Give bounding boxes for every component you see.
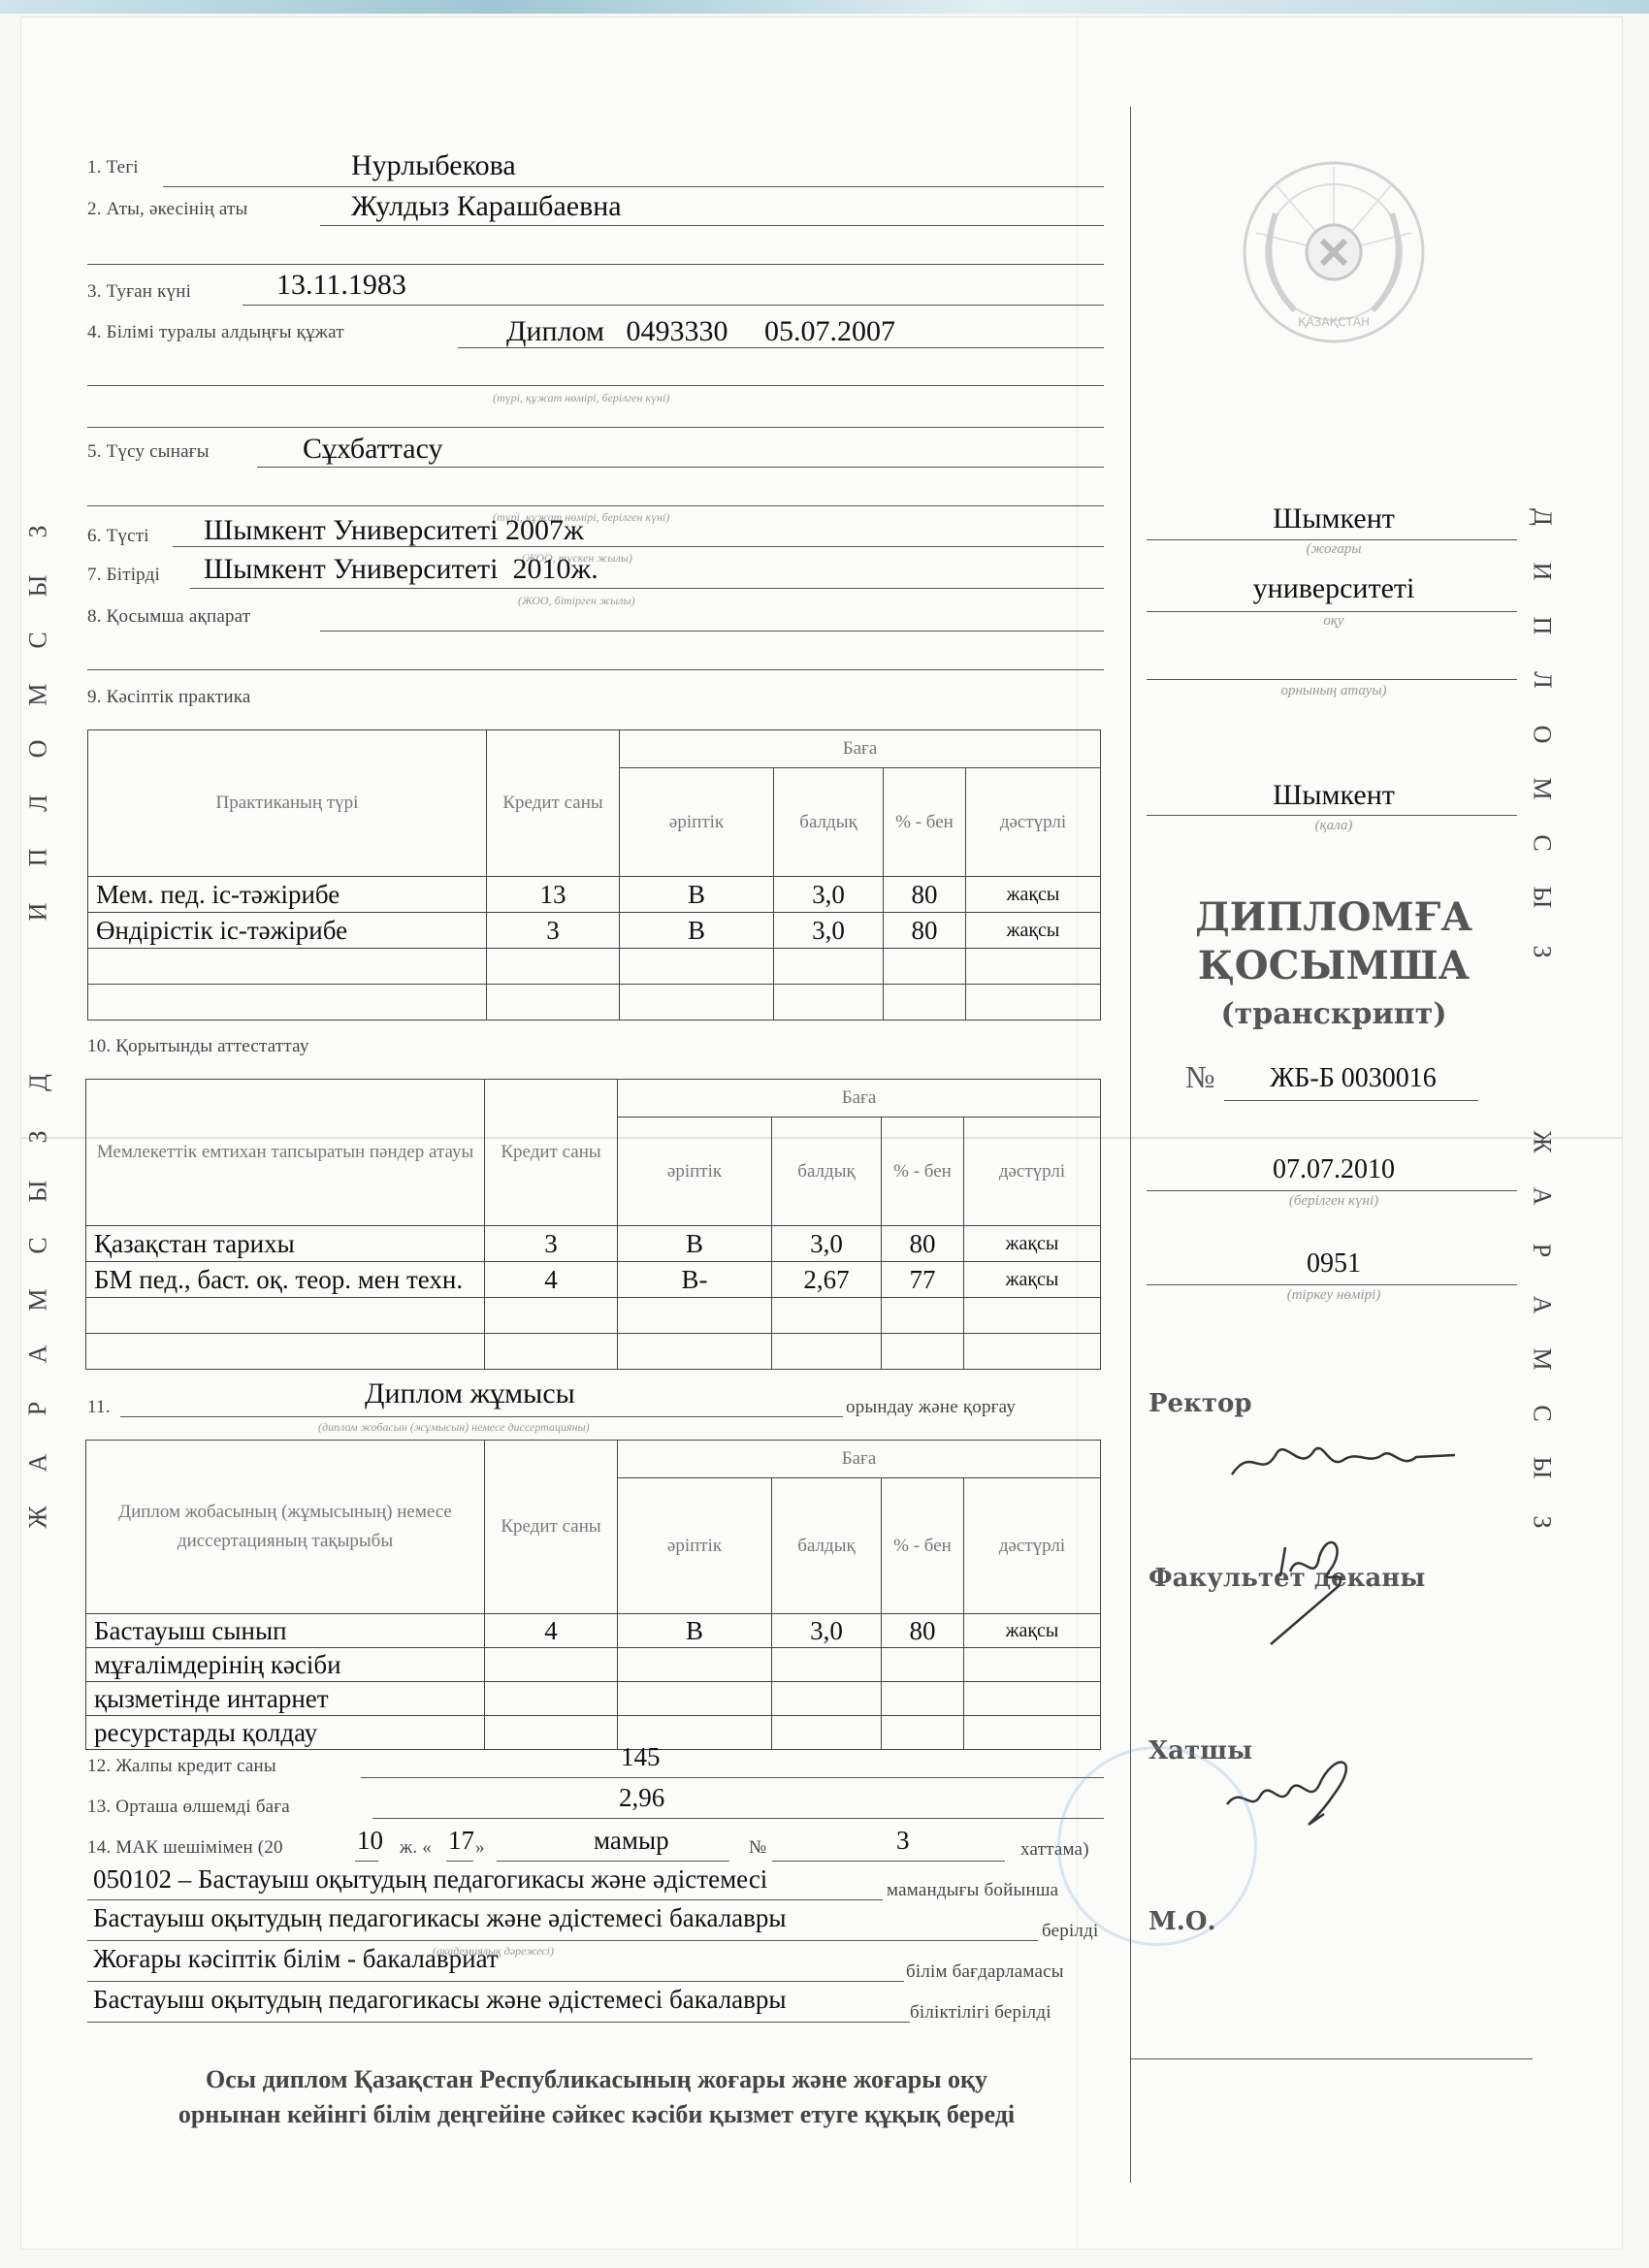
program-suffix-text: білім бағдарламасы bbox=[906, 1961, 1064, 1982]
underline bbox=[190, 588, 1104, 589]
watermark-letter: М bbox=[1515, 777, 1569, 799]
reg-number-caption: (тіркеу нөмірі) bbox=[1149, 1287, 1518, 1304]
thesis-number: 11. bbox=[87, 1397, 111, 1418]
header-name: Мемлекеттік емтихан тапсыратын пәндер ат… bbox=[86, 1080, 485, 1226]
practice-title-text: 9. Кәсіптік практика bbox=[87, 687, 250, 707]
cell-traditional: жақсы bbox=[966, 913, 1101, 949]
degree-value: Бастауыш оқытудың педагогикасы және әдіс… bbox=[93, 1903, 787, 1933]
mak-row: 14. МАК шешімімен (20 bbox=[87, 1837, 283, 1859]
field-additional-label: 8. Қосымша ақпарат bbox=[87, 606, 250, 627]
cell-percent: 80 bbox=[884, 877, 966, 913]
thesis-suffix: орындау және қорғау bbox=[846, 1397, 1016, 1418]
cell-letter bbox=[618, 1334, 772, 1370]
cell-traditional bbox=[966, 949, 1101, 985]
attestation-title-text: 10. Қорытынды аттестаттау bbox=[87, 1036, 309, 1056]
cell-points bbox=[774, 985, 884, 1021]
table-row bbox=[86, 1334, 1101, 1370]
footer-statement: Осы диплом Қазақстан Республикасының жоғ… bbox=[87, 2062, 1106, 2132]
header-traditional: дәстүрлі bbox=[964, 1118, 1101, 1226]
field-surname-label: 1. Тегі bbox=[87, 157, 139, 178]
underline bbox=[87, 2022, 910, 2023]
underline bbox=[1224, 1100, 1478, 1101]
watermark-letter: М bbox=[12, 1288, 66, 1311]
field-graduated-row: 7. Бітірді bbox=[87, 565, 160, 586]
field-entered-row: 6. Түсті bbox=[87, 526, 149, 547]
cell-letter bbox=[618, 1648, 772, 1682]
header-points: балдық bbox=[772, 1118, 882, 1226]
underline bbox=[1130, 2058, 1533, 2059]
kazakhstan-emblem-icon: ҚАЗАҚСТАН bbox=[1237, 155, 1431, 349]
cell-percent bbox=[882, 1716, 964, 1750]
cell-credits bbox=[485, 1682, 618, 1716]
cell-points: 3,0 bbox=[774, 877, 884, 913]
watermark-letter: З bbox=[1515, 1515, 1569, 1528]
reg-number: 0951 bbox=[1149, 1248, 1518, 1280]
degree-suffix: берілді bbox=[1042, 1921, 1098, 1942]
cell-traditional bbox=[964, 1298, 1101, 1334]
cell-credits bbox=[485, 1716, 618, 1750]
practice-title: 9. Кәсіптік практика bbox=[87, 687, 250, 708]
table-row: Бастауыш сынып4B3,080жақсы bbox=[86, 1614, 1101, 1648]
mak-year-suffix: ж. « bbox=[400, 1837, 432, 1859]
thesis-caption: (диплом жобасын (жұмысын) немесе диссерт… bbox=[318, 1420, 590, 1435]
header-credits: Кредит саны bbox=[485, 1441, 618, 1614]
cell-percent: 80 bbox=[882, 1226, 964, 1262]
underline bbox=[1147, 815, 1517, 816]
table-row: қызметінде интарнет bbox=[86, 1682, 1101, 1716]
cell-traditional bbox=[964, 1716, 1101, 1750]
cell-points bbox=[772, 1716, 882, 1750]
university-caption-2: оқу bbox=[1149, 613, 1518, 630]
header-name: Практиканың түрі bbox=[88, 730, 487, 877]
cell-credits bbox=[485, 1298, 618, 1334]
watermark-letter: С bbox=[12, 1237, 66, 1253]
mak-year-suffix-text: ж. « bbox=[400, 1837, 432, 1858]
thesis-suffix-text: орындау және қорғау bbox=[846, 1397, 1016, 1417]
underline bbox=[87, 427, 1104, 428]
field-name-value: Жулдыз Карашбаевна bbox=[351, 190, 622, 223]
header-points: балдық bbox=[774, 768, 884, 877]
underline bbox=[446, 1861, 473, 1862]
mak-day: 17 bbox=[448, 1826, 474, 1856]
field-additional-row: 8. Қосымша ақпарат bbox=[87, 606, 250, 628]
watermark-letter: О bbox=[1515, 726, 1569, 744]
watermark-letter: О bbox=[12, 740, 66, 759]
cell-name: Өндірістік іс-тәжірибе bbox=[88, 913, 487, 949]
watermark-letter: П bbox=[12, 849, 66, 867]
underline bbox=[120, 1416, 843, 1417]
university-line-1: Шымкент bbox=[1149, 502, 1518, 535]
issue-date-caption: (берілген күні) bbox=[1149, 1193, 1518, 1210]
dean-signature-icon bbox=[1261, 1528, 1377, 1654]
underline bbox=[355, 1861, 378, 1862]
specialty-suffix-text: мамандығы бойынша bbox=[887, 1880, 1058, 1900]
table-row bbox=[88, 949, 1101, 985]
underline bbox=[772, 1861, 1005, 1862]
watermark-letter: З bbox=[12, 525, 66, 537]
table-row: мұғалімдерінің кәсіби bbox=[86, 1648, 1101, 1682]
watermark-letter: С bbox=[1515, 1405, 1569, 1421]
header-percent: % - бен bbox=[882, 1118, 964, 1226]
cell-traditional: жақсы bbox=[966, 877, 1101, 913]
underline bbox=[87, 505, 1104, 506]
underline bbox=[87, 385, 1104, 386]
mak-day-suffix: » bbox=[475, 1837, 485, 1859]
field-name-label: 2. Аты, әкесінің аты bbox=[87, 199, 248, 219]
attestation-title: 10. Қорытынды аттестаттау bbox=[87, 1036, 309, 1057]
cell-letter bbox=[618, 1682, 772, 1716]
qualification-value: Бастауыш оқытудың педагогикасы және әдіс… bbox=[93, 1985, 787, 2015]
cell-traditional bbox=[966, 985, 1101, 1021]
specialty-suffix: мамандығы бойынша bbox=[887, 1880, 1058, 1901]
thesis-value: Диплом жұмысы bbox=[365, 1377, 575, 1410]
underline bbox=[1147, 1284, 1517, 1285]
cell-points bbox=[774, 949, 884, 985]
header-letter: әріптік bbox=[620, 768, 774, 877]
seal-label: М.О. bbox=[1148, 1907, 1216, 1936]
cell-name bbox=[88, 985, 487, 1021]
cell-name: Қазақстан тарихы bbox=[86, 1226, 485, 1262]
watermark-letter: И bbox=[1515, 563, 1569, 581]
underline bbox=[372, 1818, 1104, 1819]
cell-letter bbox=[620, 949, 774, 985]
specialty-value: 050102 – Бастауыш оқытудың педагогикасы … bbox=[93, 1864, 767, 1895]
university-caption-3: орнының атауы) bbox=[1149, 683, 1518, 699]
table-row: Мем. пед. іс-тәжірибе13B3,080жақсы bbox=[88, 877, 1101, 913]
thesis-number-text: 11. bbox=[87, 1397, 111, 1417]
header-letter: әріптік bbox=[618, 1478, 772, 1614]
cell-traditional bbox=[964, 1648, 1101, 1682]
qualification-suffix: біліктілігі берілді bbox=[910, 2002, 1051, 2024]
field-entered-value: Шымкент Университеті 2007ж bbox=[204, 514, 584, 547]
header-traditional: дәстүрлі bbox=[964, 1478, 1101, 1614]
header-grade: Баға bbox=[620, 730, 1101, 768]
cell-percent: 80 bbox=[882, 1614, 964, 1648]
mak-label: 14. МАК шешімімен (20 bbox=[87, 1837, 283, 1858]
cell-percent bbox=[884, 985, 966, 1021]
qualification-suffix-text: біліктілігі берілді bbox=[910, 2002, 1051, 2023]
header-credits: Кредит саны bbox=[485, 1080, 618, 1226]
underline bbox=[1147, 611, 1517, 612]
university-line-2: университеті bbox=[1149, 572, 1518, 605]
watermark-letter: Р bbox=[1515, 1244, 1569, 1257]
header-name: Диплом жобасының (жұмысының) немесе дисс… bbox=[86, 1441, 485, 1614]
doc-title-2: ҚОСЫМША bbox=[1149, 943, 1518, 988]
footer-line-2: орнынан кейінгі білім деңгейіне сәйкес к… bbox=[87, 2097, 1106, 2132]
cell-points bbox=[772, 1334, 882, 1370]
underline bbox=[497, 1861, 729, 1862]
cell-points: 3,0 bbox=[772, 1226, 882, 1262]
field-surname-value: Нурлыбекова bbox=[351, 149, 516, 182]
underline bbox=[1147, 679, 1517, 680]
cell-name: мұғалімдерінің кәсіби bbox=[86, 1648, 485, 1682]
underline bbox=[87, 1940, 1038, 1941]
cell-traditional: жақсы bbox=[964, 1262, 1101, 1298]
cell-name: Мем. пед. іс-тәжірибе bbox=[88, 877, 487, 913]
mak-no-label: № bbox=[749, 1837, 766, 1859]
cell-letter: B bbox=[620, 913, 774, 949]
watermark-letter: Ы bbox=[12, 575, 66, 598]
underline bbox=[87, 669, 1104, 670]
underline bbox=[361, 1777, 1104, 1778]
cell-credits bbox=[487, 985, 620, 1021]
watermark-letter: Д bbox=[1515, 508, 1569, 526]
degree-suffix-text: берілді bbox=[1042, 1921, 1098, 1941]
watermark-letter: Д bbox=[12, 1074, 66, 1091]
watermark-left: ЗЫСМОЛПИДЗЫСМАРАЖ bbox=[27, 504, 49, 1544]
watermark-letter: Ж bbox=[1515, 1130, 1569, 1152]
field-entered-label: 6. Түсті bbox=[87, 526, 149, 546]
underline bbox=[87, 264, 1104, 265]
cell-name: БМ пед., баст. оқ. теор. мен техн. bbox=[86, 1262, 485, 1298]
cell-credits bbox=[485, 1334, 618, 1370]
header-points: балдық bbox=[772, 1478, 882, 1614]
header-percent: % - бен bbox=[884, 768, 966, 877]
issue-date: 07.07.2010 bbox=[1149, 1154, 1518, 1185]
table-header-row: Практиканың түріКредит саныБаға bbox=[88, 730, 1101, 768]
watermark-letter: С bbox=[12, 632, 66, 648]
watermark-letter: Ы bbox=[1515, 1457, 1569, 1479]
cell-name: Бастауыш сынып bbox=[86, 1614, 485, 1648]
watermark-letter: Ы bbox=[1515, 887, 1569, 909]
cell-points bbox=[772, 1298, 882, 1334]
watermark-letter: Р bbox=[12, 1402, 66, 1415]
cell-name bbox=[88, 949, 487, 985]
field-birth-label: 3. Туған күні bbox=[87, 281, 191, 302]
cell-credits: 3 bbox=[487, 913, 620, 949]
cell-percent bbox=[882, 1298, 964, 1334]
cell-percent bbox=[882, 1648, 964, 1682]
svg-text:ҚАЗАҚСТАН: ҚАЗАҚСТАН bbox=[1298, 315, 1370, 329]
watermark-letter: А bbox=[12, 1454, 66, 1473]
table-row: Қазақстан тарихы3B3,080жақсы bbox=[86, 1226, 1101, 1262]
gpa-value: 2,96 bbox=[619, 1783, 664, 1813]
underline bbox=[320, 631, 1104, 632]
cell-letter: B bbox=[618, 1614, 772, 1648]
header-percent: % - бен bbox=[882, 1478, 964, 1614]
rector-label: Ректор bbox=[1148, 1389, 1252, 1418]
header-grade: Баға bbox=[618, 1441, 1101, 1478]
doc-number-label: № bbox=[1185, 1059, 1215, 1095]
table-row: Өндірістік іс-тәжірибе3B3,080жақсы bbox=[88, 913, 1101, 949]
cell-credits: 4 bbox=[485, 1262, 618, 1298]
underline bbox=[1147, 539, 1517, 540]
gpa-row: 13. Орташа өлшемді баға bbox=[87, 1797, 290, 1818]
rector-signature-icon bbox=[1222, 1426, 1494, 1494]
header-credits: Кредит саны bbox=[487, 730, 620, 877]
attestation-table: Мемлекеттік емтихан тапсыратын пәндер ат… bbox=[85, 1079, 1101, 1370]
program-value: Жоғары кәсіптік білім - бакалавриат bbox=[93, 1944, 499, 1974]
field-exam-label: 5. Түсу сынағы bbox=[87, 441, 210, 462]
header-grade: Баға bbox=[618, 1080, 1101, 1118]
cell-points: 3,0 bbox=[774, 913, 884, 949]
cell-name: қызметінде интарнет bbox=[86, 1682, 485, 1716]
table-header-row: Мемлекеттік емтихан тапсыратын пәндер ат… bbox=[86, 1080, 1101, 1118]
total-credits-row: 12. Жалпы кредит саны bbox=[87, 1756, 276, 1777]
doc-title-1: ДИПЛОМҒА bbox=[1149, 894, 1518, 940]
field-graduated-value: Шымкент Университеті 2010ж. bbox=[204, 553, 598, 586]
underline bbox=[242, 305, 1104, 306]
cell-credits: 3 bbox=[485, 1226, 618, 1262]
thesis-table: Диплом жобасының (жұмысының) немесе дисс… bbox=[85, 1440, 1101, 1750]
practice-table: Практиканың түріКредит саныБағаәріптікба… bbox=[87, 729, 1101, 1021]
field-graduated-label: 7. Бітірді bbox=[87, 565, 160, 585]
total-credits-value: 145 bbox=[621, 1742, 661, 1772]
field-prevdoc-row: 4. Білімі туралы алдыңғы құжат bbox=[87, 322, 344, 343]
footer-line-1: Осы диплом Қазақстан Республикасының жоғ… bbox=[87, 2062, 1106, 2097]
watermark-letter: М bbox=[1515, 1347, 1569, 1370]
cell-points: 3,0 bbox=[772, 1614, 882, 1648]
watermark-letter: М bbox=[12, 683, 66, 705]
field-birth-value: 13.11.1983 bbox=[276, 269, 406, 302]
underline bbox=[320, 225, 1104, 226]
underline bbox=[87, 1899, 883, 1900]
field-prevdoc-caption: (түрі, құжат нөмірі, берілген күні) bbox=[493, 391, 669, 405]
cell-letter: B bbox=[618, 1226, 772, 1262]
cell-traditional: жақсы bbox=[964, 1614, 1101, 1648]
underline bbox=[1147, 1190, 1517, 1191]
mak-no-label-text: № bbox=[749, 1837, 766, 1858]
cell-credits bbox=[487, 949, 620, 985]
cell-percent bbox=[882, 1334, 964, 1370]
watermark-letter: З bbox=[12, 1130, 66, 1143]
field-exam-row: 5. Түсу сынағы bbox=[87, 441, 210, 463]
cell-percent: 80 bbox=[884, 913, 966, 949]
table-header-row: Диплом жобасының (жұмысының) немесе дисс… bbox=[86, 1441, 1101, 1478]
watermark-letter: Л bbox=[12, 794, 66, 812]
watermark-right: ДИПЛОМСЫЗЖАРАМСЫЗ bbox=[1531, 490, 1553, 1549]
watermark-letter: А bbox=[1515, 1187, 1569, 1206]
cell-points bbox=[772, 1648, 882, 1682]
cell-traditional bbox=[964, 1682, 1101, 1716]
doc-number: ЖБ-Б 0030016 bbox=[1227, 1063, 1479, 1094]
cell-credits: 4 bbox=[485, 1614, 618, 1648]
university-caption-1: (жоғары bbox=[1149, 541, 1518, 558]
cell-name: ресурстарды қолдау bbox=[86, 1716, 485, 1750]
cell-traditional bbox=[964, 1334, 1101, 1370]
field-surname-row: 1. Тегі bbox=[87, 157, 139, 178]
gpa-label: 13. Орташа өлшемді баға bbox=[87, 1797, 290, 1817]
watermark-letter: Ы bbox=[12, 1181, 66, 1203]
mak-month: мамыр bbox=[594, 1826, 669, 1856]
cell-points: 2,67 bbox=[772, 1262, 882, 1298]
underline bbox=[163, 186, 1104, 187]
mak-year: 10 bbox=[357, 1826, 383, 1856]
watermark-letter: А bbox=[1515, 1296, 1569, 1314]
cell-credits: 13 bbox=[487, 877, 620, 913]
program-suffix: білім бағдарламасы bbox=[906, 1961, 1064, 1983]
cell-letter bbox=[618, 1298, 772, 1334]
header-letter: әріптік bbox=[618, 1118, 772, 1226]
field-birth-row: 3. Туған күні bbox=[87, 281, 191, 303]
field-exam-value: Сұхбаттасу bbox=[303, 433, 443, 466]
cell-letter bbox=[620, 985, 774, 1021]
table-row: БМ пед., баст. оқ. теор. мен техн.4B-2,6… bbox=[86, 1262, 1101, 1298]
cell-points bbox=[772, 1682, 882, 1716]
header-traditional: дәстүрлі bbox=[966, 768, 1101, 877]
cell-letter: B- bbox=[618, 1262, 772, 1298]
cell-name bbox=[86, 1334, 485, 1370]
table-row bbox=[88, 985, 1101, 1021]
total-credits-label: 12. Жалпы кредит саны bbox=[87, 1756, 276, 1776]
watermark-letter: П bbox=[1515, 617, 1569, 635]
underline bbox=[87, 1981, 904, 1982]
field-prevdoc-label: 4. Білімі туралы алдыңғы құжат bbox=[87, 322, 344, 342]
table-row: ресурстарды қолдау bbox=[86, 1716, 1101, 1750]
city-caption: (қала) bbox=[1149, 818, 1518, 834]
mak-day-suffix-text: » bbox=[475, 1837, 485, 1858]
cell-letter: B bbox=[620, 877, 774, 913]
field-prevdoc-value: Диплом 0493330 05.07.2007 bbox=[506, 315, 895, 348]
field-graduated-caption: (ЖОО, бітірген жылы) bbox=[518, 594, 635, 608]
watermark-letter: С bbox=[1515, 834, 1569, 851]
watermark-letter: Ж bbox=[12, 1506, 66, 1528]
city-value: Шымкент bbox=[1149, 779, 1518, 812]
cell-name bbox=[86, 1298, 485, 1334]
cell-percent: 77 bbox=[882, 1262, 964, 1298]
cell-percent bbox=[884, 949, 966, 985]
watermark-letter: И bbox=[12, 903, 66, 922]
watermark-letter: З bbox=[1515, 945, 1569, 957]
underline bbox=[257, 467, 1104, 468]
mak-protocol: 3 bbox=[896, 1826, 910, 1856]
scan-edge bbox=[0, 0, 1649, 14]
watermark-letter: А bbox=[12, 1345, 66, 1364]
doc-title-3: (транскрипт) bbox=[1149, 997, 1518, 1031]
cell-traditional: жақсы bbox=[964, 1226, 1101, 1262]
table-row bbox=[86, 1298, 1101, 1334]
field-name-row: 2. Аты, әкесінің аты bbox=[87, 199, 248, 220]
cell-credits bbox=[485, 1648, 618, 1682]
watermark-letter: Л bbox=[1515, 671, 1569, 689]
cell-percent bbox=[882, 1682, 964, 1716]
